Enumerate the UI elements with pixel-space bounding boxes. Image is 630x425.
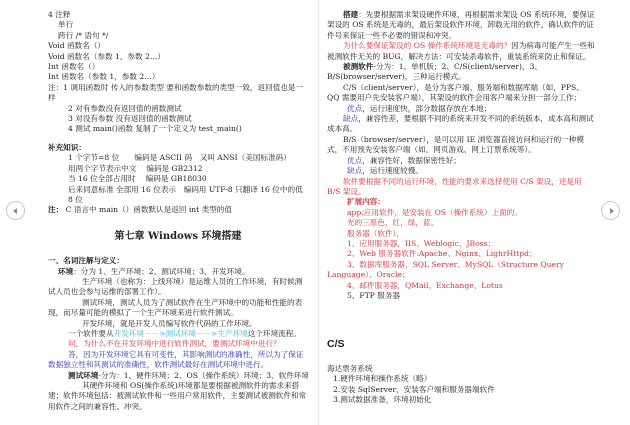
bs-pros-label: 优点: [347, 156, 362, 165]
note-label: 注：: [48, 205, 63, 214]
software-paragraph: 被测软件-分为：1、单机版；2、C/S(client/server)，3、B/S…: [327, 62, 596, 83]
extension-line: 5、FTP 服务器: [327, 291, 596, 301]
text-line: 后来同意标准 全部用 16 位表示 编码用 UTF-8 只翻译 16 位中的低 …: [48, 185, 308, 206]
extension-title: 扩展内容：: [327, 197, 596, 207]
cs-section-title: C/S: [327, 339, 596, 349]
bs-cons-text: ，运行速度较慢。: [362, 166, 423, 175]
cs-pros: 优点，运行速度快，部分数据存放在本地；: [327, 104, 596, 114]
build-paragraph: 搭建：先要根据需求架设硬件环境，再根据需求架设 OS 系统环境，要保证架设的 O…: [327, 10, 596, 41]
chevron-left-icon: [13, 208, 17, 214]
development-env-text: 开发环境，就是开发人员编写软件代码的工作环境。: [48, 319, 308, 329]
left-page: 4 注释 单行 跨行 /* 语句 */ Void 函数名（） Void 函数名（…: [40, 0, 312, 425]
test-env-text: -分为：1、硬件环境；2、OS（操作系统）环境；3、软件环境。: [98, 371, 308, 380]
test-env-line: 测试环境-分为：1、硬件环境；2、OS（操作系统）环境；3、软件环境。: [48, 371, 308, 381]
extension-line: app:应用软件，是安装在 OS（操作系统）上面的。: [327, 208, 596, 218]
env-line: 环境：分为 1、生产环境；2、测试环境；3、开发环境。: [48, 267, 308, 277]
extension-line: 2、Web 服务器软件:Apache、Nginx、LighrHttpd；: [327, 249, 596, 259]
env-flow: 一个软件要从开发环境－－>测试环境－－>生产环境这个环境流程。: [48, 329, 308, 339]
env-answer: 答，因为开发环境它具有可变性，其影响测试的准确性，所以为了保证数据独立性和其测试…: [48, 350, 308, 371]
cs-cons: 缺点，兼容性差，要根据不同的系统来开发不同的系统版本，成本高和测试成本高。: [327, 114, 596, 135]
bs-pros-text: ，兼容性好，数据保密性好；: [362, 156, 461, 165]
extension-line: 1、应用服务器，IIS、Weblogic、JBoss；: [327, 239, 596, 249]
extension-line: 光的三原色，红，绿，蓝。: [327, 218, 596, 228]
note-text: C 语言中 main（）函数默认是返回 int 类型的值: [63, 205, 232, 214]
test-env-desc: 其硬件环境和 OS(操作系统)环境都是要根据被测软件的需求来搭建；软件环境包括：…: [48, 381, 308, 412]
env-label: 环境: [58, 267, 73, 276]
supplement-note: 注： C 语言中 main（）函数默认是返回 int 类型的值: [48, 205, 308, 215]
bs-cons: 缺点，运行速度较慢。: [327, 166, 596, 176]
extension-line: 3、数据库服务器，SQL Server、MySQL（Structure Quer…: [327, 260, 596, 281]
env-question: 问，为什么不在开发环境中进行软件测试，要测试环境中进行？: [48, 339, 308, 349]
cs-cons-label: 缺点: [343, 114, 358, 123]
production-env-text: 生产环境（也称为：上线环境）是运维人员的工作环境，有时候测试人员也会参与运维的部…: [48, 277, 308, 298]
software-label: 被测软件: [343, 62, 373, 71]
text-line: 单行: [48, 20, 308, 30]
cs-desc: C/S（client/server），是分为客户端、服务端和数据库端（如，PPS…: [327, 83, 596, 104]
build-text: ：先要根据需求架设硬件环境，再根据需求架设 OS 系统环境，要保证架设的 OS …: [327, 10, 595, 40]
play-right-icon: [610, 208, 614, 214]
flow-prefix: 一个软件要从: [68, 329, 114, 338]
build-qa: 为什么要保证架设的 OS 操作系统环境是无毒的？因为病毒可能产生一些和被测软件无…: [327, 41, 596, 62]
cs-step: 2.安装 SqlServer，安装客户端和服务器端软件: [327, 385, 596, 395]
supplement-title: 补充知识：: [48, 143, 308, 153]
choose-text: 软件要根据不同的运行环境，性能的要求来选择使用 C/S 架设，还是用 B/S 架…: [327, 177, 596, 198]
text-line: 1 个字节=8 位 编码是 ASCII 码 又叫 ANSI（美国标准码）: [48, 153, 308, 163]
testing-env-text: 测试环境，测试人员为了测试软件在生产环境中的功能和性能的表现，而尽量可能的模拟了…: [48, 298, 308, 319]
cs-pros-label: 优点: [347, 104, 362, 113]
chapter-title: 第七章 Windows 环境搭建: [48, 232, 308, 242]
cs-step: 3.测试数据准备，环境初始化: [327, 395, 596, 405]
text-line: 2 对有参数没有返回值的函数测试: [48, 104, 308, 114]
extension-line: 4、邮件服务器，QMail、Exchange、Lotus: [327, 281, 596, 291]
text-line: 3 对没有参数 没有返回值的函数测试: [48, 114, 308, 124]
bs-cons-label: 缺点: [347, 166, 362, 175]
test-env-label: 测试环境: [68, 371, 98, 380]
cs-pros-text: ，运行速度快，部分数据存放在本地；: [362, 104, 491, 113]
flow-highlight: 开发环境－－>测试环境－－>生产环境: [114, 329, 248, 338]
build-label: 搭建: [343, 10, 358, 19]
text-line: Void 函数名（参数 1，参数 2…）: [48, 52, 308, 62]
section-title: 一、名词注解与定义：: [48, 256, 308, 266]
text-line: 跨行 /* 语句 */: [48, 31, 308, 41]
extension-line: 服务器（软件），: [327, 229, 596, 239]
bs-desc: B/S（browser/server），是可以用 IE 浏览器直接访问和运行的一…: [327, 135, 596, 156]
cs-cons-text: ，兼容性差，要根据不同的系统来开发不同的系统版本，成本高和测试成本高。: [327, 114, 594, 133]
document-viewer: 4 注释 单行 跨行 /* 语句 */ Void 函数名（） Void 函数名（…: [0, 0, 630, 425]
text-line: Int 函数名（）: [48, 62, 308, 72]
text-line: 用两个字节表示中文 编码是 GB2312: [48, 164, 308, 174]
next-page-button[interactable]: [601, 201, 620, 220]
text-line: 注：1 调用函数时 传入的参数类型 要和函数参数的类型一致，返回值也是一样: [48, 83, 308, 104]
text-line: 4 注释: [48, 10, 308, 20]
env-text: ：分为 1、生产环境；2、测试环境；3、开发环境。: [73, 267, 249, 276]
cs-step: 1.硬件环境和操作系统（略）: [327, 374, 596, 384]
text-line: 当 16 位全部占用时 编码是 GB18030: [48, 174, 308, 184]
right-page: 搭建：先要根据需求架设硬件环境，再根据需求架设 OS 系统环境，要保证架设的 O…: [318, 0, 600, 425]
text-line: 4 测试 main()函数 复制了一个定义为 test_main(): [48, 124, 308, 134]
system-name: 海达票务系统: [327, 364, 596, 374]
text-line: Int 函数名（参数 1，参数 2…）: [48, 72, 308, 82]
build-question: 为什么要保证架设的 OS 操作系统环境是无毒的？: [343, 41, 511, 50]
flow-suffix: 这个环境流程。: [248, 329, 301, 338]
bs-pros: 优点，兼容性好，数据保密性好；: [327, 156, 596, 166]
text-line: Void 函数名（）: [48, 41, 308, 51]
previous-page-button[interactable]: [6, 201, 25, 220]
